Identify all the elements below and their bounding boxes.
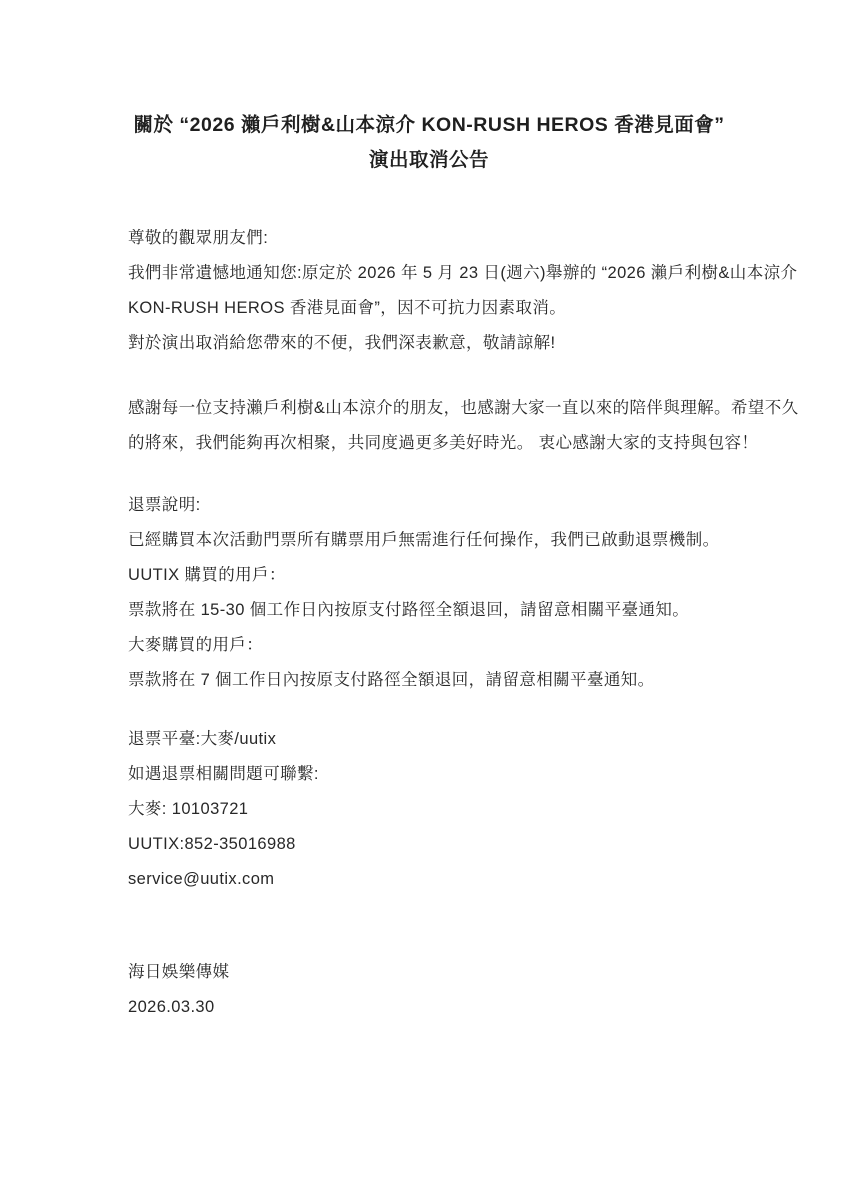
top-margin: [128, 0, 730, 108]
title-body-gap: [128, 178, 730, 221]
announcement-page: 關於 “2026 瀨戶利樹&山本涼介 KON-RUSH HEROS 香港見面會”…: [0, 0, 848, 1199]
refund-general-line: 已經購買本次活動門票所有購票用戶無需進行任何操作，我們已啟動退票機制。: [128, 523, 730, 558]
thanks-line1: 感謝每一位支持瀨戶利樹&山本涼介的朋友，也感謝大家一直以來的陪伴與理解。希望不久: [128, 391, 730, 426]
document-content: 關於 “2026 瀨戶利樹&山本涼介 KON-RUSH HEROS 香港見面會”…: [128, 0, 730, 1025]
refund-uutix-user-label: UUTIX 購買的用戶：: [128, 558, 730, 593]
paragraph-gap-2: [128, 461, 730, 488]
greeting-line: 尊敬的觀眾朋友們:: [128, 221, 730, 256]
refund-uutix-detail: 票款將在 15-30 個工作日內按原支付路徑全額退回，請留意相關平臺通知。: [128, 593, 730, 628]
announcement-title-line1: 關於 “2026 瀨戶利樹&山本涼介 KON-RUSH HEROS 香港見面會”: [128, 108, 730, 143]
announcement-title-line2: 演出取消公告: [128, 143, 730, 178]
cancellation-notice-line2: KON-RUSH HEROS 香港見面會”，因不可抗力因素取消。: [128, 291, 730, 326]
refund-heading: 退票說明:: [128, 488, 730, 523]
refund-damai-user-label: 大麥購買的用戶：: [128, 628, 730, 663]
signature-company: 海日娛樂傳媒: [128, 955, 730, 990]
contact-email-line: service@uutix.com: [128, 862, 730, 897]
paragraph-gap-3: [128, 698, 730, 722]
thanks-line2: 的將來，我們能夠再次相聚，共同度過更多美好時光。 衷心感謝大家的支持與包容！: [128, 426, 730, 461]
cancellation-notice-line1: 我們非常遺憾地通知您:原定於 2026 年 5 月 23 日(週六)舉辦的 “2…: [128, 256, 730, 291]
signature-date: 2026.03.30: [128, 990, 730, 1025]
paragraph-gap-1: [128, 361, 730, 391]
refund-platform-line: 退票平臺:大麥/uutix: [128, 722, 730, 757]
contact-intro-line: 如遇退票相關問題可聯繫:: [128, 757, 730, 792]
refund-damai-detail: 票款將在 7 個工作日內按原支付路徑全額退回，請留意相關平臺通知。: [128, 663, 730, 698]
damai-phone-line: 大麥: 10103721: [128, 792, 730, 827]
paragraph-gap-4: [128, 897, 730, 955]
apology-line: 對於演出取消給您帶來的不便，我們深表歉意，敬請諒解!: [128, 326, 730, 361]
uutix-phone-line: UUTIX:852-35016988: [128, 827, 730, 862]
